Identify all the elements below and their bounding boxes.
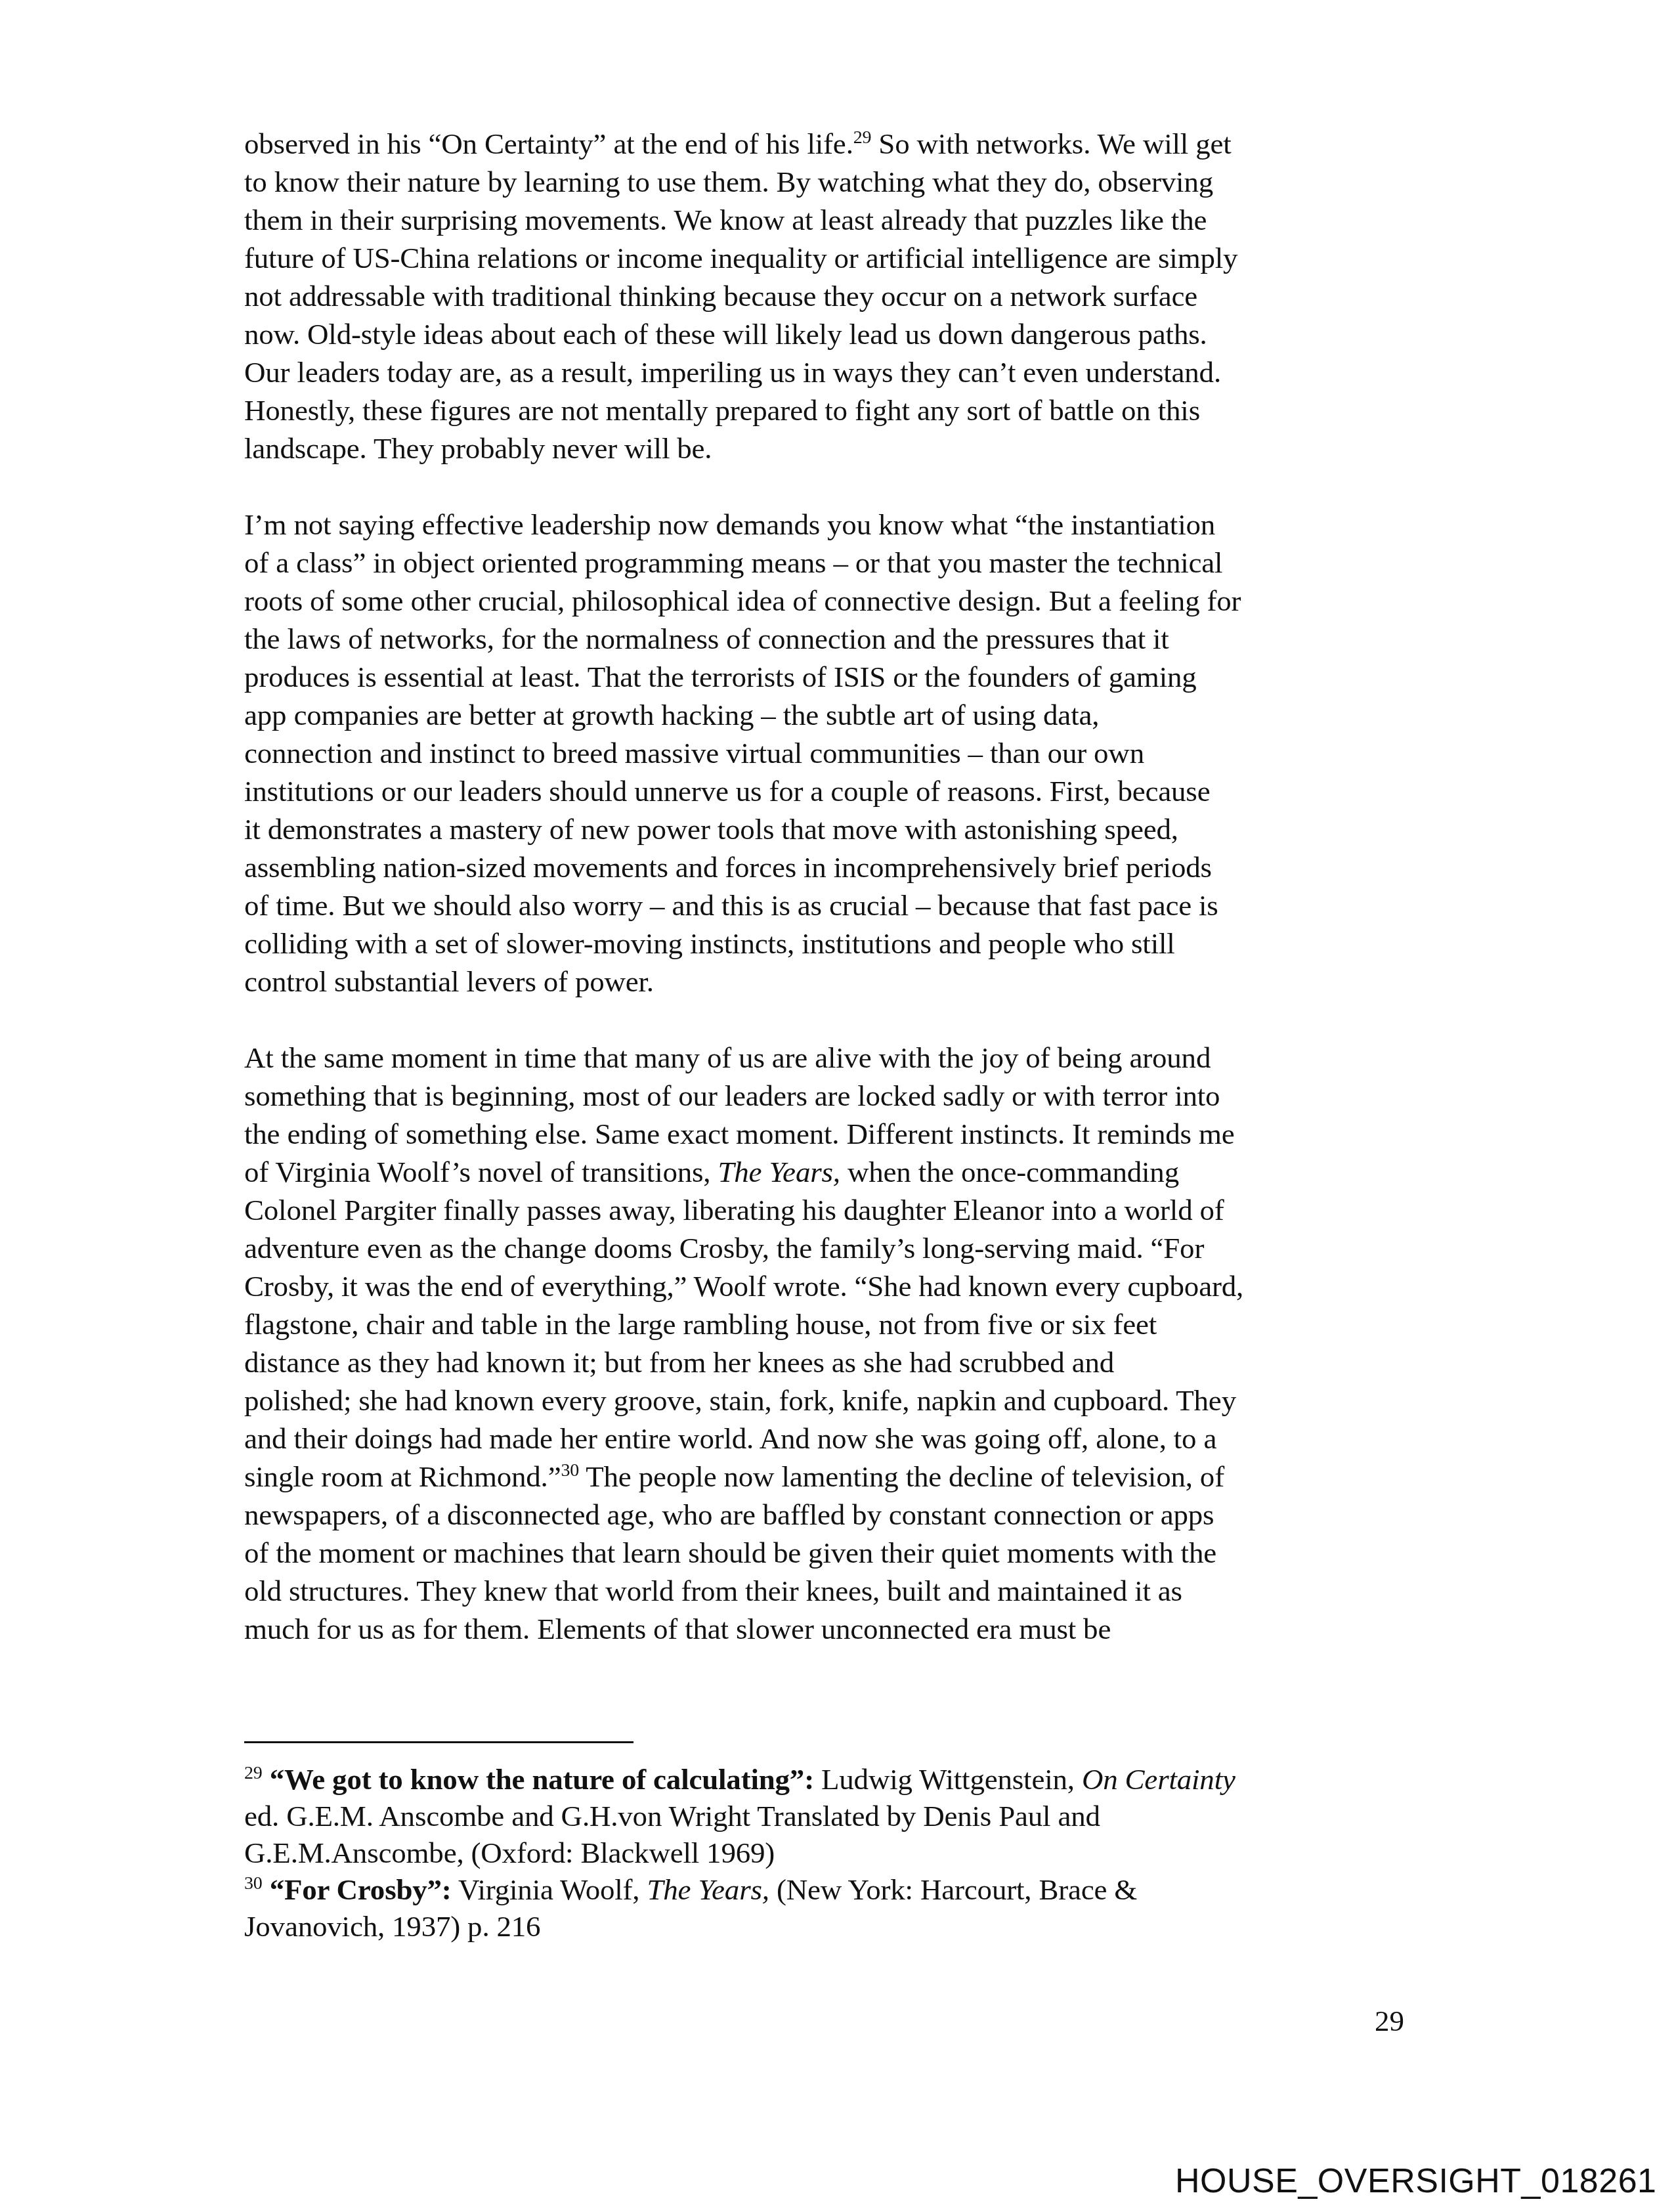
page-number: 29	[1375, 2003, 1404, 2039]
footnote-line: G.E.M.Anscombe, (Oxford: Blackwell 1969)	[244, 1834, 1413, 1871]
footnote-title: “We got to know the nature of calculatin…	[270, 1763, 814, 1796]
text-line: something that is beginning, most of our…	[244, 1077, 1413, 1115]
text-line: and their doings had made her entire wor…	[244, 1420, 1413, 1458]
text-line: newspapers, of a disconnected age, who a…	[244, 1496, 1413, 1534]
text-line: to know their nature by learning to use …	[244, 163, 1413, 201]
text-line: the ending of something else. Same exact…	[244, 1115, 1413, 1153]
paragraph-3: At the same moment in time that many of …	[244, 1039, 1413, 1648]
footnote-title: “For Crosby”:	[270, 1873, 452, 1906]
text-line: Colonel Pargiter finally passes away, li…	[244, 1191, 1413, 1229]
footnotes: 29 “We got to know the nature of calcula…	[244, 1761, 1413, 1945]
text-line: At the same moment in time that many of …	[244, 1039, 1413, 1077]
document-body: observed in his “On Certainty” at the en…	[244, 125, 1413, 1686]
footnote-number: 29	[244, 1763, 263, 1783]
text-line: them in their surprising movements. We k…	[244, 201, 1413, 239]
text-line: assembling nation-sized movements and fo…	[244, 848, 1413, 886]
text-line: single room at Richmond.”30 The people n…	[244, 1458, 1413, 1496]
text-line: observed in his “On Certainty” at the en…	[244, 125, 1413, 163]
text-line: connection and instinct to breed massive…	[244, 734, 1413, 772]
footnote-ref-30[interactable]: 30	[561, 1460, 579, 1481]
footnote-ref-29[interactable]: 29	[853, 127, 872, 148]
footnote-29: 29 “We got to know the nature of calcula…	[244, 1761, 1413, 1871]
text-line: Honestly, these figures are not mentally…	[244, 391, 1413, 429]
text-line: future of US-China relations or income i…	[244, 239, 1413, 277]
text-line: old structures. They knew that world fro…	[244, 1572, 1413, 1610]
footnote-30: 30 “For Crosby”: Virginia Woolf, The Yea…	[244, 1871, 1413, 1945]
bates-stamp: HOUSE_OVERSIGHT_018261	[1175, 2161, 1657, 2201]
text-line: the laws of networks, for the normalness…	[244, 620, 1413, 658]
text-line: much for us as for them. Elements of tha…	[244, 1610, 1413, 1648]
footnote-separator	[244, 1741, 633, 1743]
text-line: adventure even as the change dooms Crosb…	[244, 1229, 1413, 1267]
text-line: produces is essential at least. That the…	[244, 658, 1413, 696]
text-line: now. Old-style ideas about each of these…	[244, 315, 1413, 353]
footnote-number: 30	[244, 1873, 263, 1894]
paragraph-2: I’m not saying effective leadership now …	[244, 506, 1413, 1001]
text-line: institutions or our leaders should unner…	[244, 772, 1413, 810]
text-line: it demonstrates a mastery of new power t…	[244, 810, 1413, 848]
book-title-the-years: The Years,	[718, 1156, 840, 1188]
text-line: of time. But we should also worry – and …	[244, 886, 1413, 924]
text-line: colliding with a set of slower-moving in…	[244, 924, 1413, 963]
footnote-line: ed. G.E.M. Anscombe and G.H.von Wright T…	[244, 1798, 1413, 1834]
paragraph-1: observed in his “On Certainty” at the en…	[244, 125, 1413, 467]
book-title-the-years: The Years,	[647, 1873, 769, 1906]
footnote-line: Jovanovich, 1937) p. 216	[244, 1908, 1413, 1945]
text-line: app companies are better at growth hacki…	[244, 696, 1413, 734]
text-line: control substantial levers of power.	[244, 963, 1413, 1001]
text-line: not addressable with traditional thinkin…	[244, 277, 1413, 315]
text-line: of the moment or machines that learn sho…	[244, 1534, 1413, 1572]
text-line: of a class” in object oriented programmi…	[244, 544, 1413, 582]
text-line: roots of some other crucial, philosophic…	[244, 582, 1413, 620]
text-line: polished; she had known every groove, st…	[244, 1381, 1413, 1420]
text-line: distance as they had known it; but from …	[244, 1343, 1413, 1381]
book-title-on-certainty: On Certainty	[1082, 1763, 1235, 1796]
text-line: flagstone, chair and table in the large …	[244, 1305, 1413, 1343]
text-line: of Virginia Woolf’s novel of transitions…	[244, 1153, 1413, 1191]
text-line: landscape. They probably never will be.	[244, 429, 1413, 467]
text-line: I’m not saying effective leadership now …	[244, 506, 1413, 544]
text-line: Crosby, it was the end of everything,” W…	[244, 1267, 1413, 1305]
text-line: Our leaders today are, as a result, impe…	[244, 353, 1413, 391]
